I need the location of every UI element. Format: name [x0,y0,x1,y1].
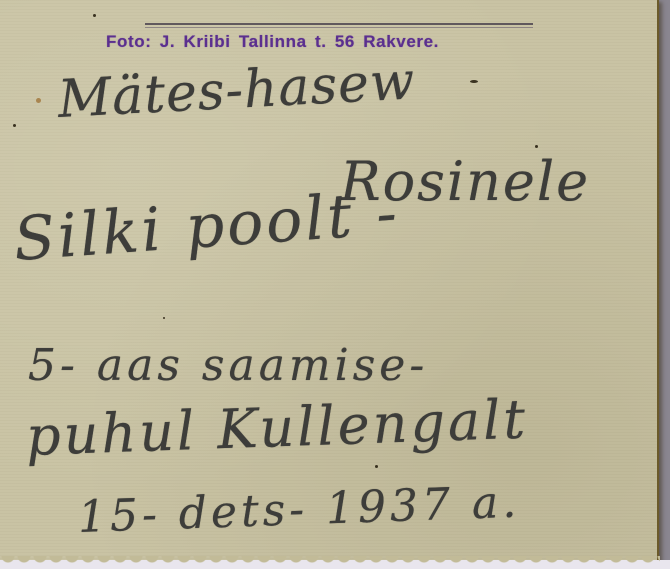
stamp-rule-line-secondary [145,27,533,28]
handwriting-date-line: 15- dets- 1937 a. [77,477,521,543]
handwriting-line-4: 5- aas saamise- [28,340,428,391]
paper-speck [535,145,538,148]
paper-stain [36,98,41,103]
handwriting-line-3: Silki poolt - [12,178,402,275]
handwriting-line-1: Mätes-hasew [56,51,416,130]
stamp-rule-line [145,23,533,25]
paper-speck [375,465,378,468]
paper-speck [13,124,16,127]
paper-speck [93,14,96,17]
handwriting-line-5: puhul Kullengalt [25,387,529,467]
photographer-stamp: Foto: J. Kriibi Tallinna t. 56 Rakvere. [106,32,439,52]
deckled-edge-bottom [0,556,660,569]
photo-back-card: Foto: J. Kriibi Tallinna t. 56 Rakvere. … [0,0,659,564]
paper-speck [163,317,165,319]
paper-speck [470,80,478,83]
